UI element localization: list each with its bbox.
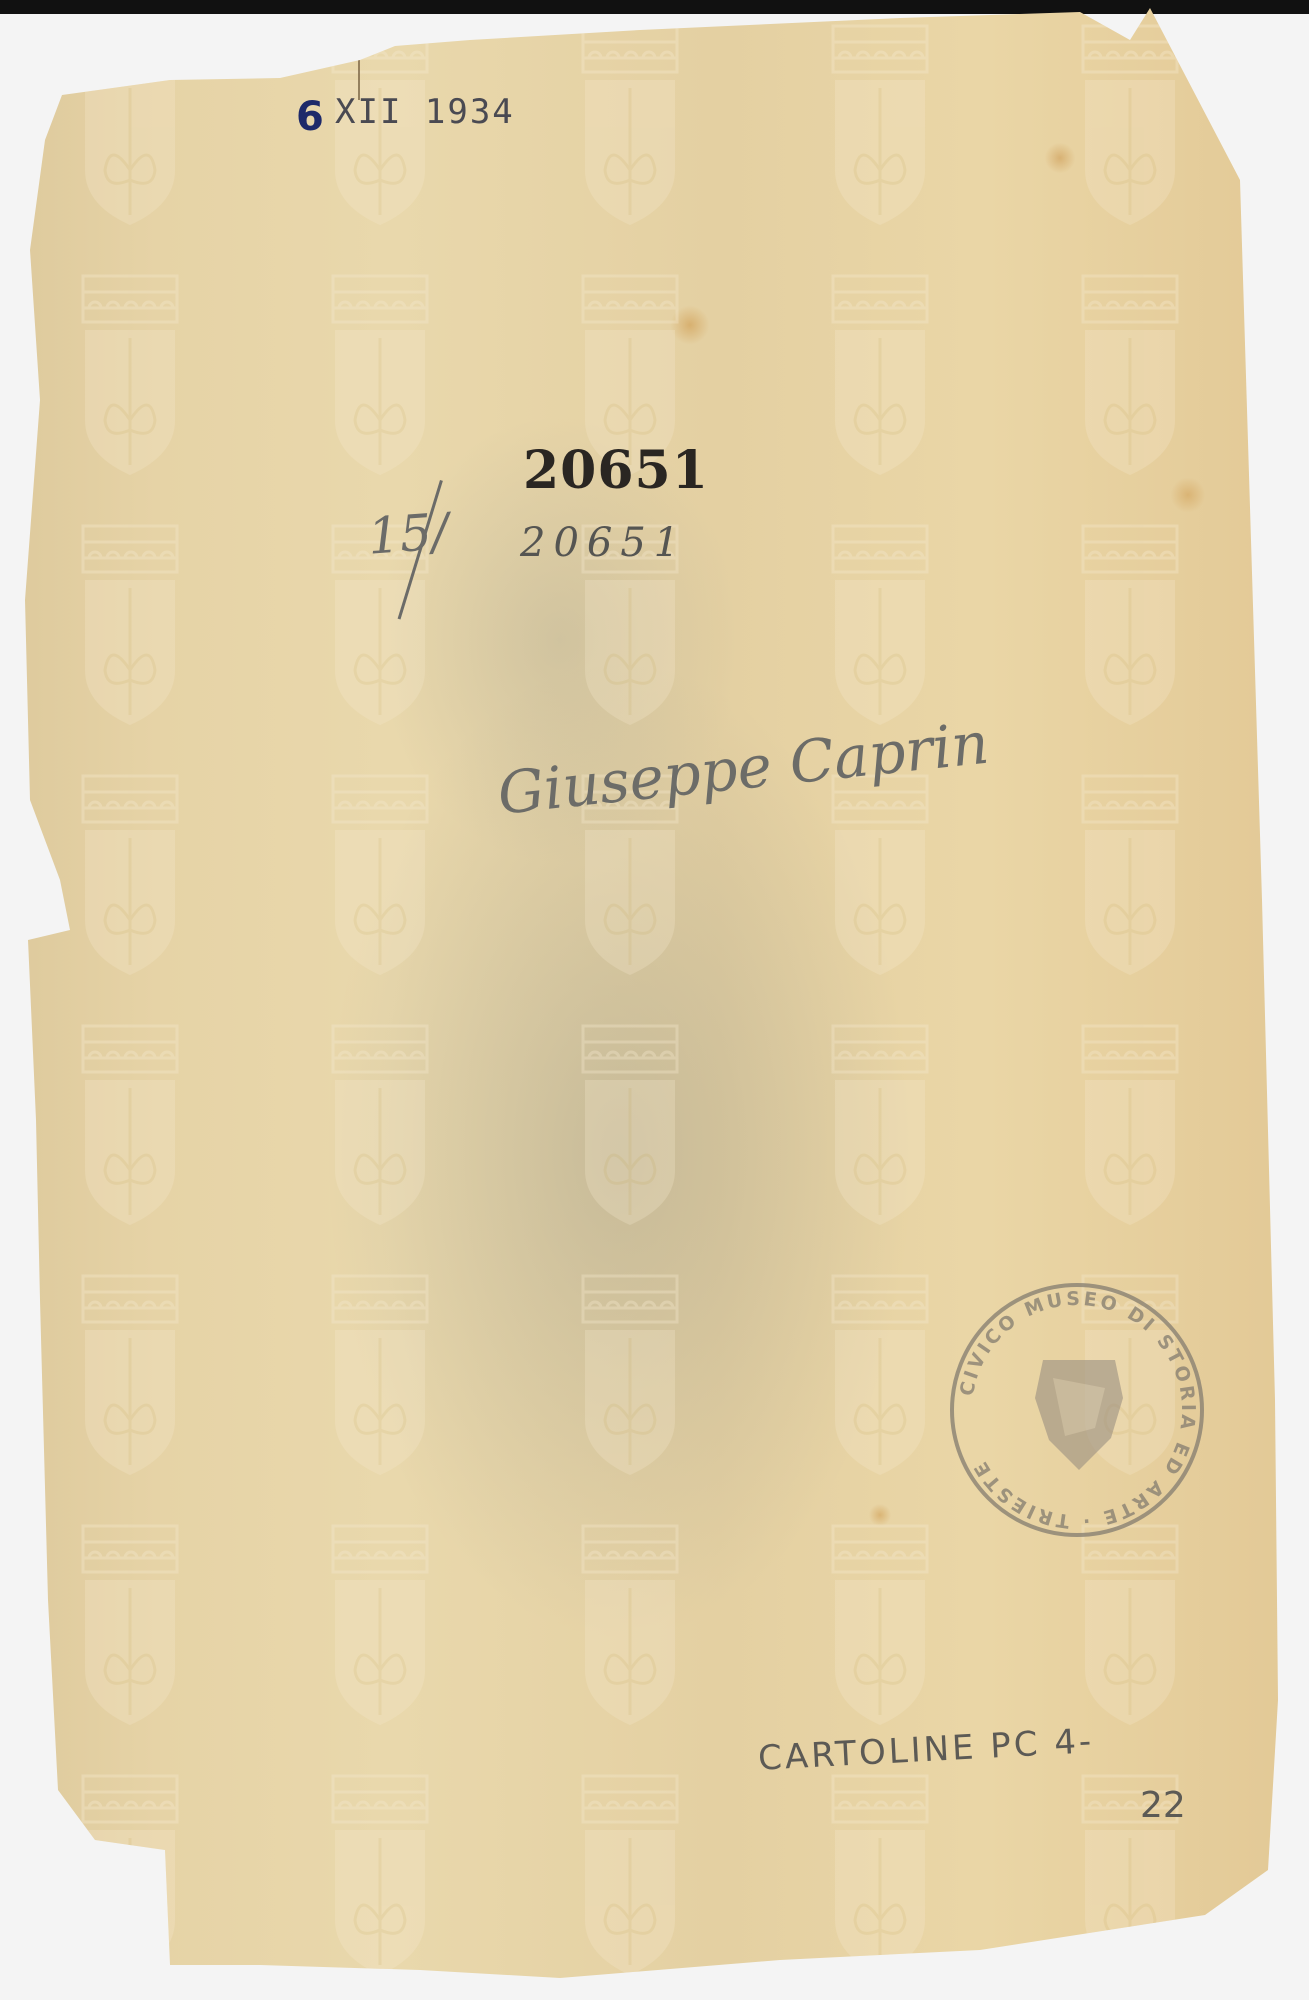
- handwritten-inventory-prefix: 15/: [366, 502, 450, 565]
- trieste-shield-watermark-icon: [825, 20, 935, 230]
- trieste-shield-watermark-icon: [75, 520, 185, 730]
- trieste-shield-watermark-icon: [825, 1270, 935, 1480]
- shield-icon: [1035, 1360, 1123, 1470]
- trieste-shield-watermark-icon: [1075, 1020, 1185, 1230]
- trieste-shield-watermark-icon: [1075, 770, 1185, 980]
- trieste-shield-watermark-icon: [75, 1770, 185, 1980]
- trieste-shield-watermark-icon: [825, 270, 935, 480]
- trieste-shield-watermark-icon: [1075, 270, 1185, 480]
- museum-round-stamp: CIVICO MUSEO DI STORIA ED ARTE · TRIESTE: [945, 1278, 1210, 1543]
- trieste-shield-watermark-icon: [825, 1520, 935, 1730]
- printed-inventory-number: 20651: [523, 440, 709, 501]
- trieste-shield-watermark-icon: [825, 1770, 935, 1980]
- trieste-shield-watermark-icon: [75, 20, 185, 230]
- trieste-shield-watermark-icon: [325, 1520, 435, 1730]
- trieste-shield-watermark-icon: [575, 1770, 685, 1980]
- trieste-shield-watermark-icon: [825, 1020, 935, 1230]
- trieste-shield-watermark-icon: [825, 520, 935, 730]
- trieste-shield-watermark-icon: [75, 270, 185, 480]
- trieste-shield-watermark-icon: [325, 1270, 435, 1480]
- collection-note-number: 22: [1140, 1785, 1186, 1826]
- trieste-shield-watermark-icon: [575, 1020, 685, 1230]
- handwritten-inventory-number: 20651: [520, 520, 687, 566]
- trieste-shield-watermark-icon: [325, 770, 435, 980]
- trieste-shield-watermark-icon: [575, 1270, 685, 1480]
- trieste-shield-watermark-icon: [575, 1520, 685, 1730]
- trieste-shield-watermark-icon: [1075, 520, 1185, 730]
- trieste-shield-watermark-icon: [75, 1020, 185, 1230]
- aged-paper-sheet: 6 XII 1934 20651 15/ 20651 Giuseppe Capr…: [0, 0, 1309, 2000]
- trieste-shield-watermark-icon: [1075, 1520, 1185, 1730]
- trieste-shield-watermark-icon: [325, 1020, 435, 1230]
- trieste-shield-watermark-icon: [825, 770, 935, 980]
- trieste-shield-watermark-icon: [325, 270, 435, 480]
- trieste-shield-watermark-icon: [575, 20, 685, 230]
- stamped-date-month-year: XII 1934: [335, 92, 515, 132]
- scan-top-border: [0, 0, 1309, 14]
- trieste-shield-watermark-icon: [75, 1270, 185, 1480]
- trieste-shield-watermark-icon: [75, 1520, 185, 1730]
- trieste-shield-watermark-icon: [1075, 20, 1185, 230]
- trieste-shield-watermark-icon: [75, 770, 185, 980]
- watermark-pattern: [0, 0, 1309, 2000]
- stamped-date-day: 6: [296, 94, 324, 140]
- trieste-shield-watermark-icon: [325, 1770, 435, 1980]
